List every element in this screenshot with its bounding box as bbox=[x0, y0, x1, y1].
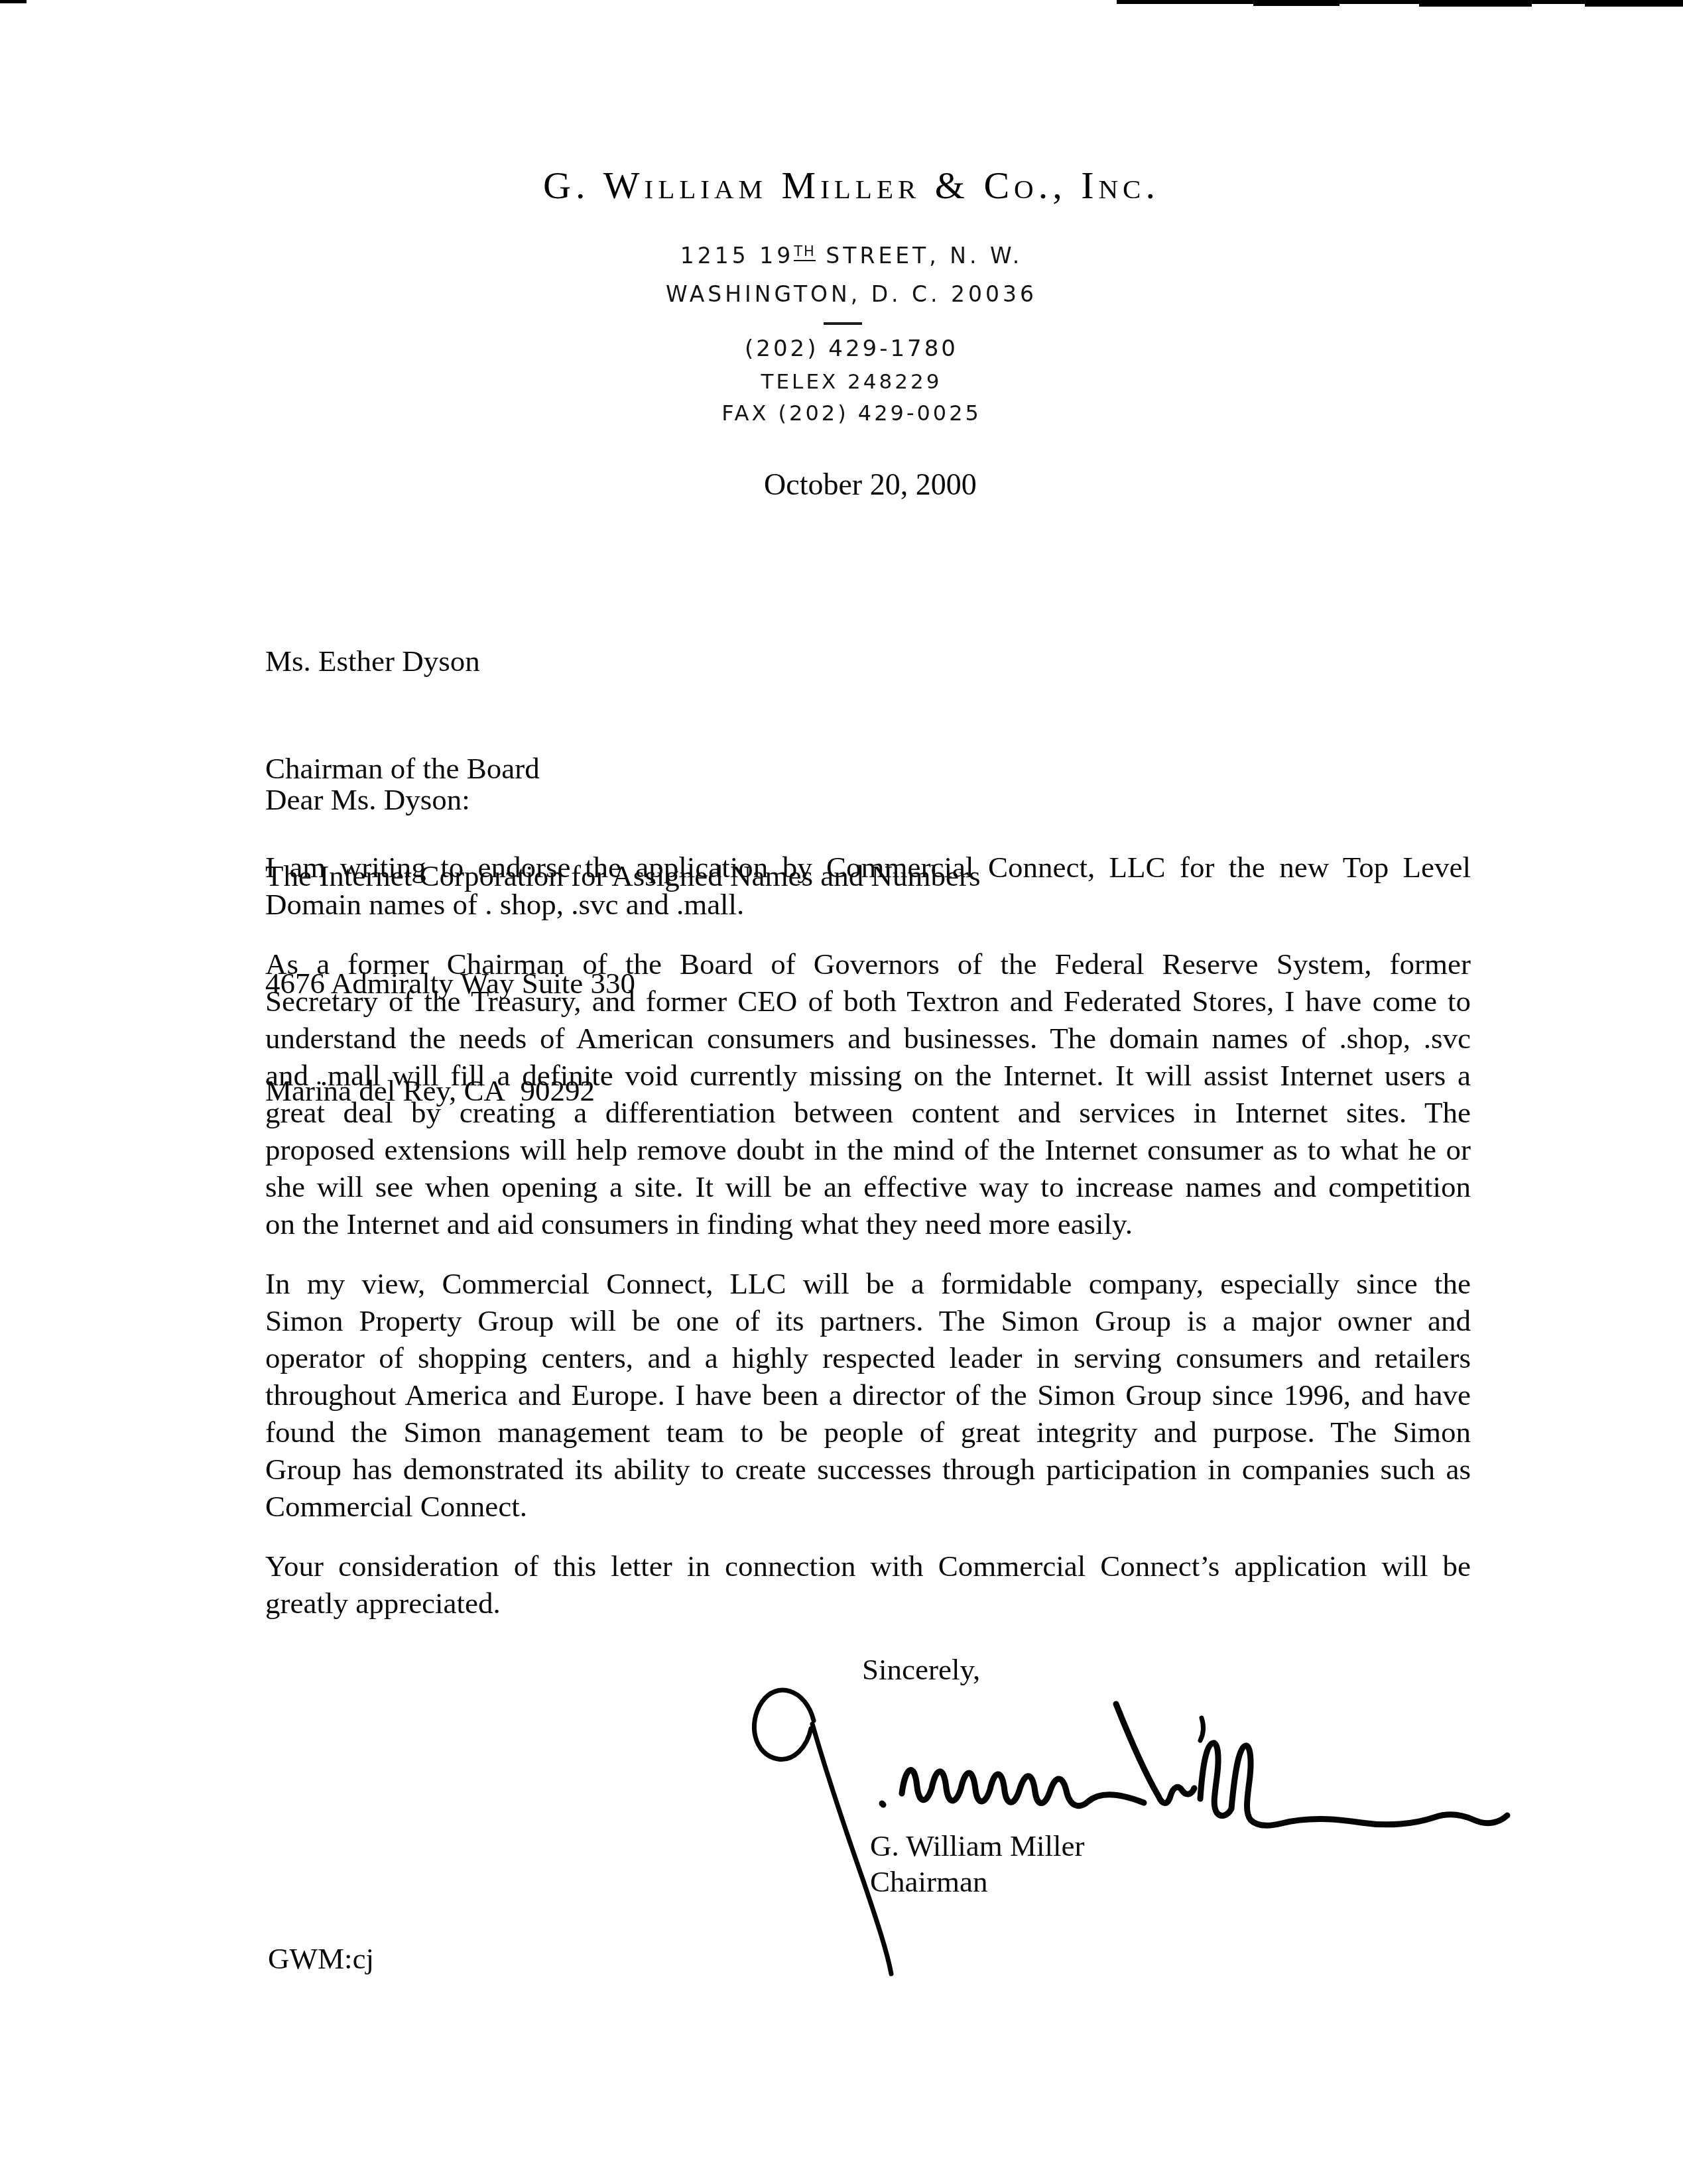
text-line: In my view, Commercial Connect, LLC will… bbox=[265, 1265, 1471, 1302]
text-line: Simon Property Group will be one of its … bbox=[265, 1302, 1471, 1339]
text-line: great deal by creating a differentiation… bbox=[265, 1094, 1471, 1131]
scan-artifact-top-right bbox=[1419, 3, 1532, 7]
text-line: and .mall will fill a definite void curr… bbox=[265, 1057, 1471, 1094]
paragraph-4: Your consideration of this letter in con… bbox=[265, 1547, 1471, 1622]
text-line: Group has demonstrated its ability to cr… bbox=[265, 1451, 1471, 1488]
paragraph-1: I am writing to endorse the application … bbox=[265, 849, 1471, 923]
recipient-name: Ms. Esther Dyson bbox=[265, 643, 980, 679]
signature-dot bbox=[882, 1803, 883, 1805]
text-line: Domain names of . shop, .svc and .mall. bbox=[265, 886, 1471, 923]
date-line: October 20, 2000 bbox=[764, 467, 977, 502]
signer-name: G. William Miller bbox=[870, 1829, 1085, 1863]
signature-m-stroke bbox=[1116, 1704, 1194, 1803]
recipient-title: Chairman of the Board bbox=[265, 751, 980, 786]
signature-ller-tail-stroke bbox=[1200, 1743, 1507, 1825]
signature-william-stroke bbox=[902, 1770, 1144, 1806]
text-line: I am writing to endorse the application … bbox=[265, 849, 1471, 886]
street-number: 1215 19 bbox=[680, 243, 794, 269]
scan-artifact-top-right bbox=[1253, 2, 1340, 6]
letterhead-phone: (202) 429-1780 bbox=[20, 335, 1683, 362]
text-line: Your consideration of this letter in con… bbox=[265, 1547, 1471, 1585]
signature-tick bbox=[1200, 1718, 1203, 1740]
signer-title: Chairman bbox=[870, 1864, 987, 1899]
street-ordinal-superscript: TH bbox=[794, 243, 816, 261]
letterhead-telex: TELEX 248229 bbox=[20, 370, 1683, 394]
text-line: greatly appreciated. bbox=[265, 1585, 1471, 1622]
text-line: understand the needs of American consume… bbox=[265, 1020, 1471, 1057]
letterhead-street-line: 1215 19TH STREET, N. W. bbox=[20, 243, 1683, 269]
text-line: proposed extensions will help remove dou… bbox=[265, 1131, 1471, 1168]
reference-initials: GWM:cj bbox=[268, 1941, 374, 1976]
text-line: operator of shopping centers, and a high… bbox=[265, 1339, 1471, 1376]
letterhead-city-line: WASHINGTON, D. C. 20036 bbox=[20, 281, 1683, 307]
letterhead-divider bbox=[824, 322, 862, 325]
scan-artifact-top-right bbox=[1585, 2, 1683, 7]
salutation: Dear Ms. Dyson: bbox=[265, 782, 470, 817]
text-line: Secretary of the Treasury, and former CE… bbox=[265, 983, 1471, 1020]
signature-ink bbox=[713, 1654, 1528, 1999]
text-line: she will see when opening a site. It wil… bbox=[265, 1168, 1471, 1205]
letterhead-fax: FAX (202) 429-0025 bbox=[20, 400, 1683, 426]
text-line: on the Internet and aid consumers in fin… bbox=[265, 1205, 1471, 1243]
street-name: STREET, N. W. bbox=[816, 243, 1023, 269]
text-line: As a former Chairman of the Board of Gov… bbox=[265, 945, 1471, 983]
text-line: Commercial Connect. bbox=[265, 1488, 1471, 1525]
letter-body: I am writing to endorse the application … bbox=[265, 849, 1471, 1622]
letter-page: G. William Miller & Co., Inc. 1215 19TH … bbox=[0, 0, 1683, 2184]
paragraph-2: As a former Chairman of the Board of Gov… bbox=[265, 945, 1471, 1243]
text-line: found the Simon management team to be pe… bbox=[265, 1414, 1471, 1451]
company-name: G. William Miller & Co., Inc. bbox=[20, 163, 1683, 208]
paragraph-3: In my view, Commercial Connect, LLC will… bbox=[265, 1265, 1471, 1525]
text-line: throughout America and Europe. I have be… bbox=[265, 1376, 1471, 1414]
signature-loop-stroke bbox=[754, 1690, 814, 1759]
scan-artifact-top-left bbox=[0, 0, 27, 3]
